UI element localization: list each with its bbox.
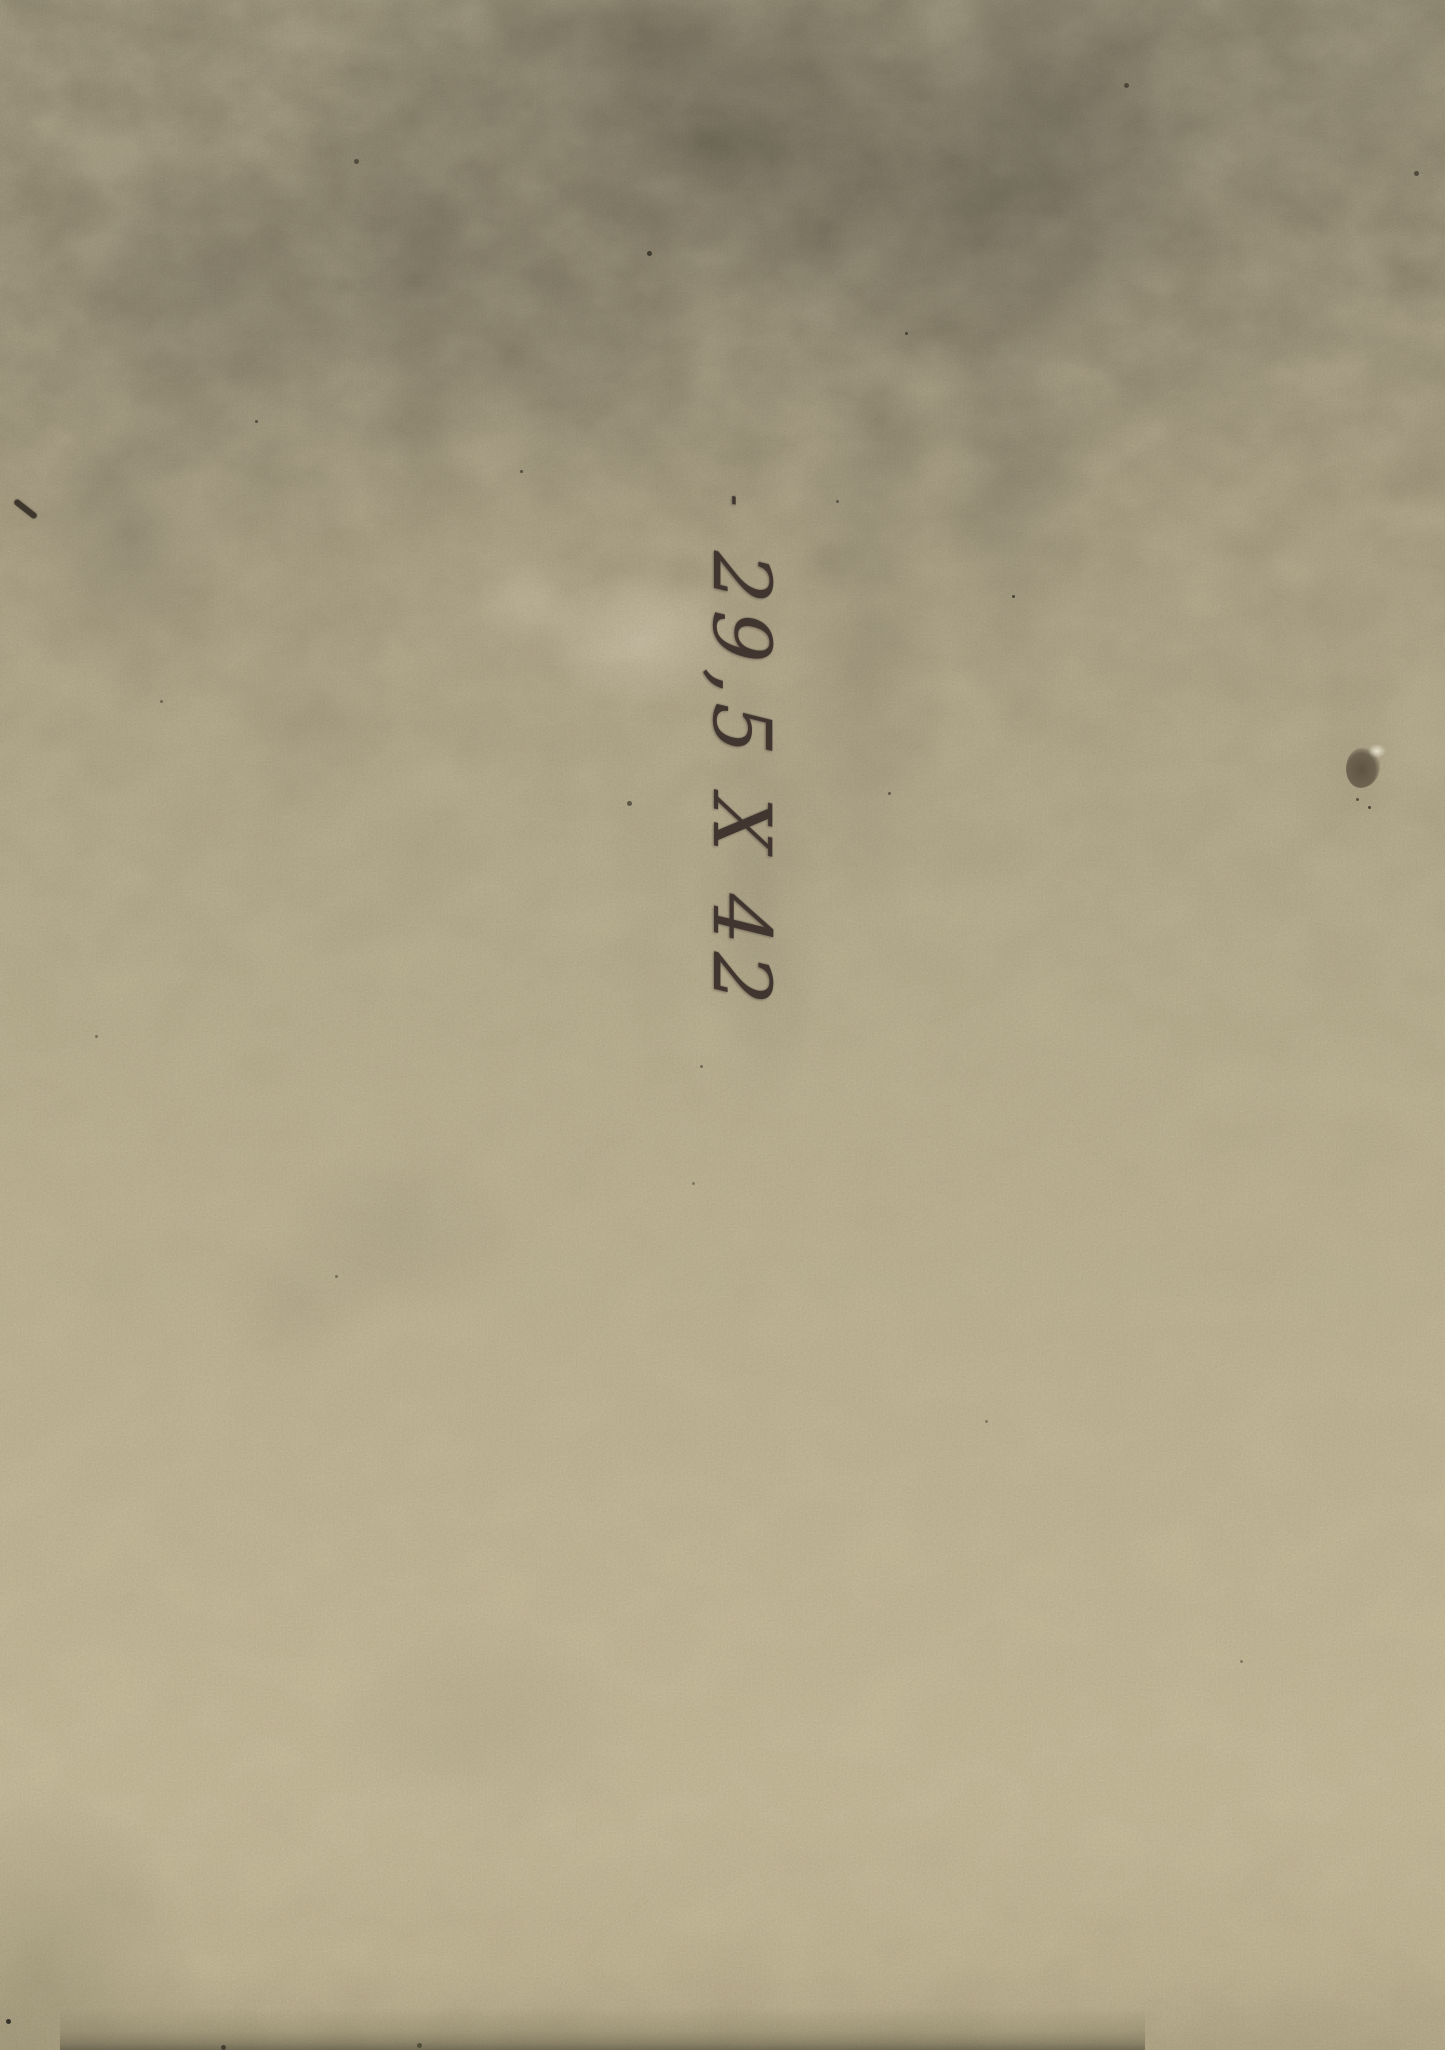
- inscription-dash-mark: -: [720, 494, 750, 506]
- dirt-specks: [0, 0, 3, 3]
- damage-spot-highlight: [1368, 744, 1386, 758]
- inscription-dimensions-text: 29,5 X 42: [695, 550, 788, 1015]
- size-inscription: -29,5 X 42: [683, 492, 793, 1058]
- paper-verso-photo: -29,5 X 42: [0, 0, 1445, 2050]
- bottom-edge-wear: [60, 2008, 1145, 2050]
